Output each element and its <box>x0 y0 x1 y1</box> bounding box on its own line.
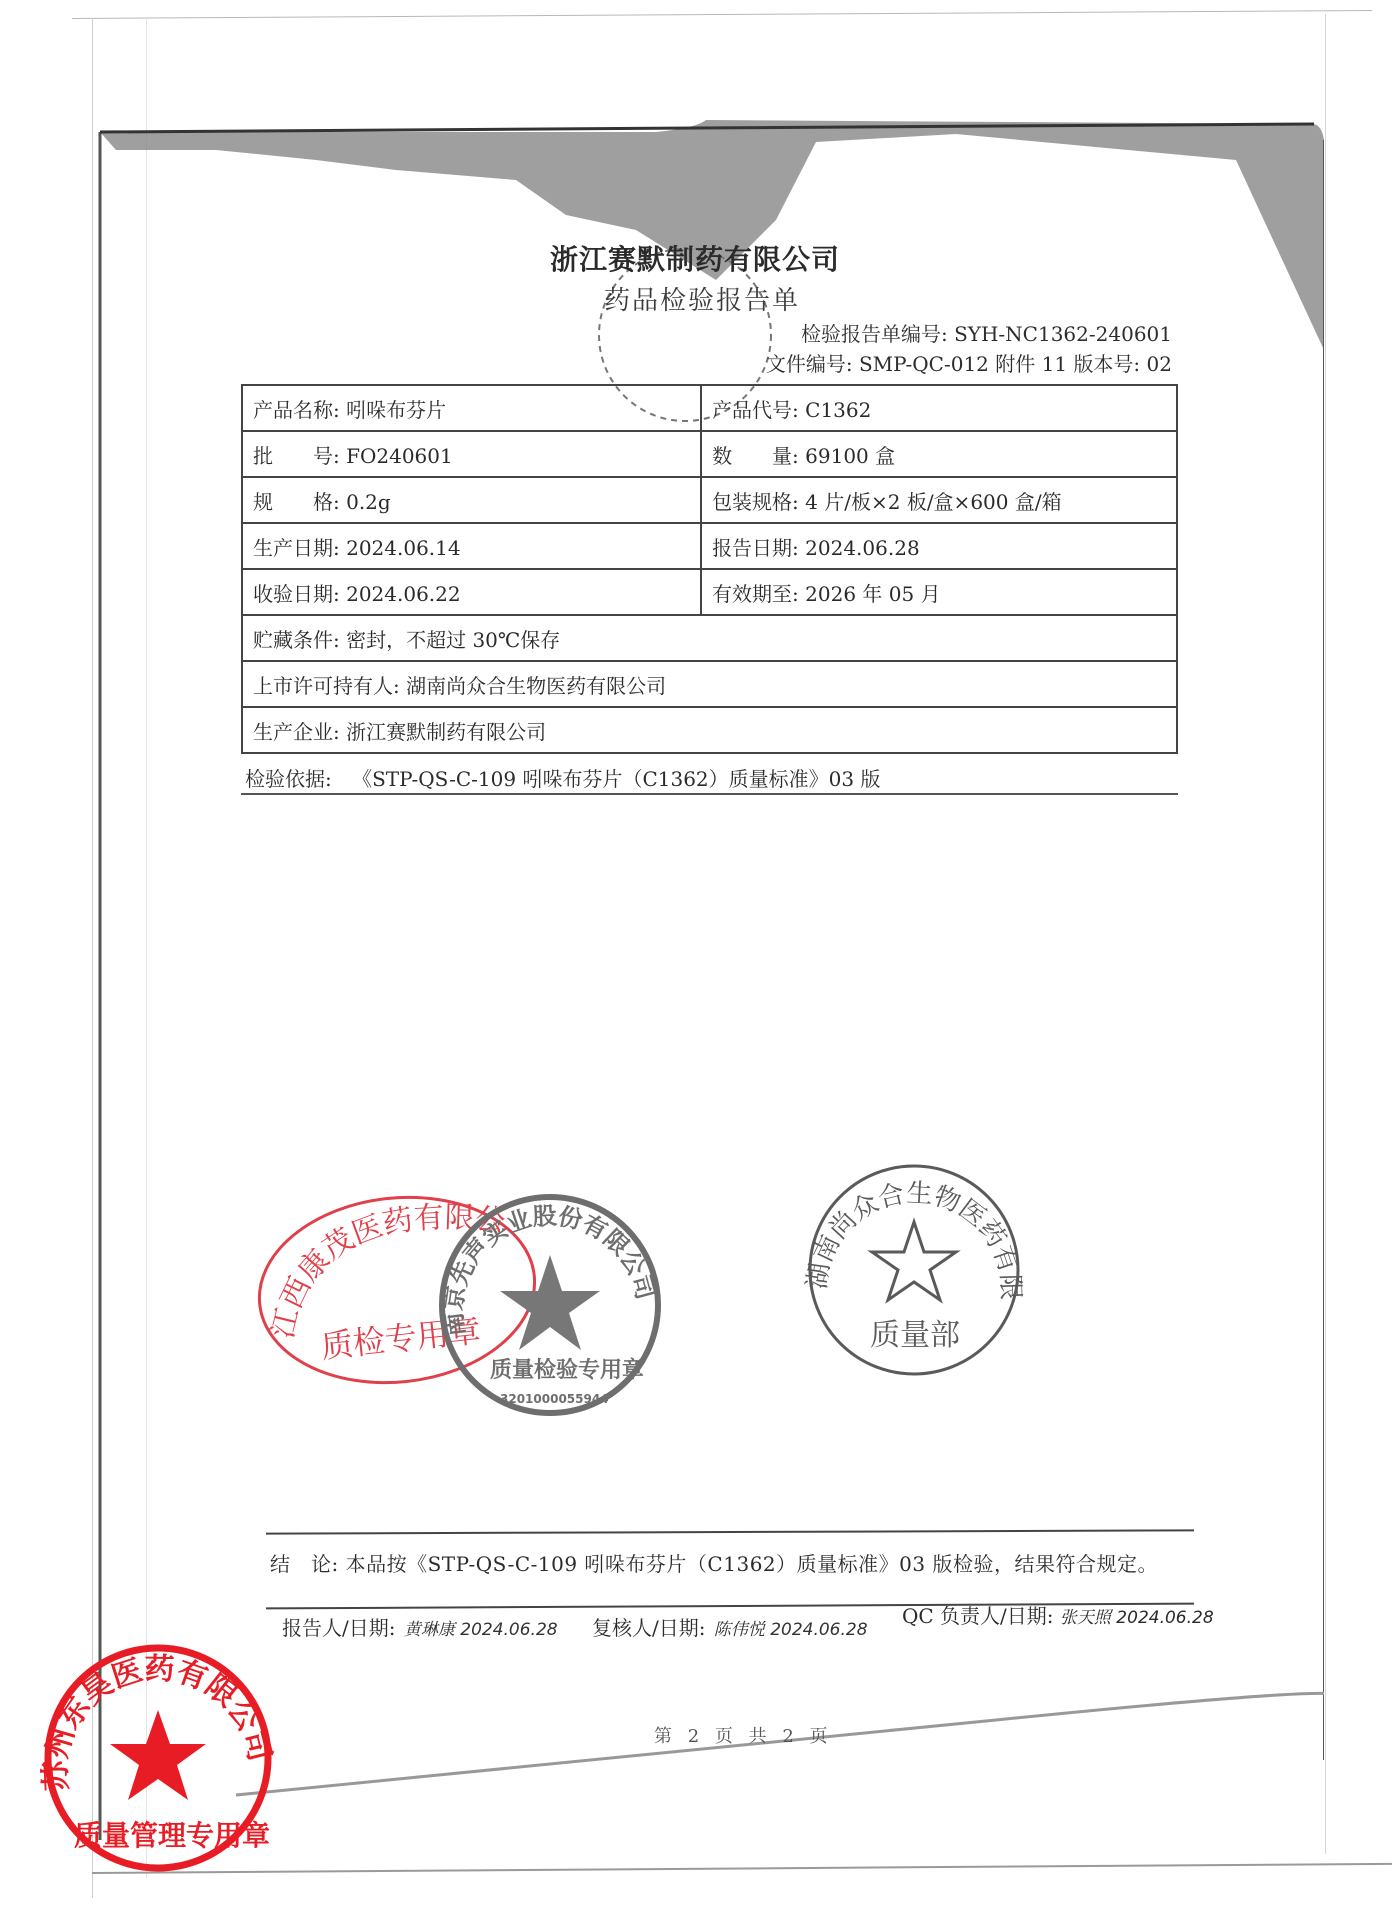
document-number: SMP-QC-012 <box>859 352 989 376</box>
reviewer-signature: 陈伟悦 2024.06.28 <box>714 1620 868 1640</box>
version-label: 版本号: <box>1073 352 1140 376</box>
document-number-line: 文件编号: SMP-QC-012 附件 11 版本号: 02 <box>766 348 1172 377</box>
reporter-label: 报告人/日期: <box>282 1616 395 1640</box>
receipt-date-cell: 收验日期: 2024.06.22 <box>242 569 701 615</box>
table-row: 生产日期: 2024.06.14 报告日期: 2024.06.28 <box>242 523 1177 569</box>
scan-border-top <box>72 10 1372 19</box>
scan-border-bottom <box>92 1863 1392 1874</box>
svg-text:湖南尚众合生物医药有限公司: 湖南尚众合生物医药有限公司 <box>783 1137 1025 1300</box>
conclusion-text: 结 论: 本品按《STP-QS-C-109 吲哚布芬片（C1362）质量标准》0… <box>270 1543 1200 1585</box>
version-number: 02 <box>1147 352 1172 376</box>
report-title: 药品检验报告单 <box>604 280 800 317</box>
table-row: 规 格: 0.2g 包装规格: 4 片/板×2 板/盒×600 盒/箱 <box>242 477 1177 523</box>
table-row: 上市许可持有人: 湖南尚众合生物医药有限公司 <box>242 661 1177 707</box>
table-row: 产品名称: 吲哚布芬片 产品代号: C1362 <box>242 385 1177 431</box>
table-row: 贮藏条件: 密封，不超过 30℃保存 <box>242 615 1177 661</box>
hunan-stamp-text: 湖南尚众合生物医药有限公司 <box>783 1137 1025 1300</box>
inspection-basis-label: 检验依据: <box>245 767 332 791</box>
hunan-stamp-bottom: 质量部 <box>870 1318 960 1353</box>
table-row: 收验日期: 2024.06.22 有效期至: 2026 年 05 月 <box>242 569 1177 615</box>
mah-cell: 上市许可持有人: 湖南尚众合生物医药有限公司 <box>242 661 1177 707</box>
manufacturer-cell: 生产企业: 浙江赛默制药有限公司 <box>242 707 1177 753</box>
specification-cell: 规 格: 0.2g <box>242 477 701 523</box>
suzhou-stamp-bottom: 质量管理专用章 <box>74 1819 270 1852</box>
reporter-signature: 黄琳康 2024.06.28 <box>404 1620 558 1640</box>
qc-signature: 张天照 2024.06.28 <box>1060 1608 1214 1628</box>
table-row: 生产企业: 浙江赛默制药有限公司 <box>242 707 1177 753</box>
table-row: 批 号: FO240601 数 量: 69100 盒 <box>242 431 1177 477</box>
scan-border-right <box>1325 14 1326 1854</box>
qc-label: QC 负责人/日期: <box>902 1604 1054 1628</box>
packaging-cell: 包装规格: 4 片/板×2 板/盒×600 盒/箱 <box>701 477 1177 523</box>
report-number: SYH-NC1362-240601 <box>954 322 1172 346</box>
storage-condition-cell: 贮藏条件: 密封，不超过 30℃保存 <box>242 615 1177 661</box>
page-number: 第 2 页 共 2 页 <box>654 1722 833 1748</box>
expiry-date-cell: 有效期至: 2026 年 05 月 <box>701 569 1177 615</box>
production-date-cell: 生产日期: 2024.06.14 <box>242 523 701 569</box>
report-number-line: 检验报告单编号: SYH-NC1362-240601 <box>801 318 1172 347</box>
attachment-number: 附件 11 <box>995 352 1067 376</box>
basis-divider <box>241 793 1178 795</box>
batch-number-cell: 批 号: FO240601 <box>242 431 701 477</box>
hunan-quality-stamp: 湖南尚众合生物医药有限公司 质量部 <box>796 1160 1032 1384</box>
inspection-basis-value: 《STP-QS-C-109 吲哚布芬片（C1362）质量标准》03 版 <box>352 767 880 791</box>
product-code-cell: 产品代号: C1362 <box>701 385 1177 431</box>
nanjing-stamp-bottom: 质量检验专用章 <box>490 1357 644 1383</box>
nanjing-inspection-stamp: 南京先声实业股份有限公司 质量检验专用章 3201000055944 <box>430 1185 670 1429</box>
report-date-cell: 报告日期: 2024.06.28 <box>701 523 1177 569</box>
report-number-label: 检验报告单编号: <box>801 322 948 346</box>
qc-signature-block: QC 负责人/日期: 张天照 2024.06.28 <box>902 1600 1214 1629</box>
product-name-cell: 产品名称: 吲哚布芬片 <box>242 385 701 431</box>
inspection-basis: 检验依据: 《STP-QS-C-109 吲哚布芬片（C1362）质量标准》03 … <box>245 763 880 792</box>
reviewer-label: 复核人/日期: <box>592 1616 705 1640</box>
suzhou-quality-stamp: 苏州东昊医药有限公司 质量管理专用章 <box>38 1640 278 1884</box>
nanjing-stamp-code: 3201000055944 <box>500 1392 609 1406</box>
product-info-table: 产品名称: 吲哚布芬片 产品代号: C1362 批 号: FO240601 数 … <box>241 384 1178 754</box>
scan-border-left <box>92 18 93 1898</box>
signature-row: 报告人/日期: 黄琳康 2024.06.28 复核人/日期: 陈伟悦 2024.… <box>282 1612 896 1641</box>
company-title: 浙江赛默制药有限公司 <box>550 238 840 278</box>
quantity-cell: 数 量: 69100 盒 <box>701 431 1177 477</box>
document-number-label: 文件编号: <box>766 352 853 376</box>
